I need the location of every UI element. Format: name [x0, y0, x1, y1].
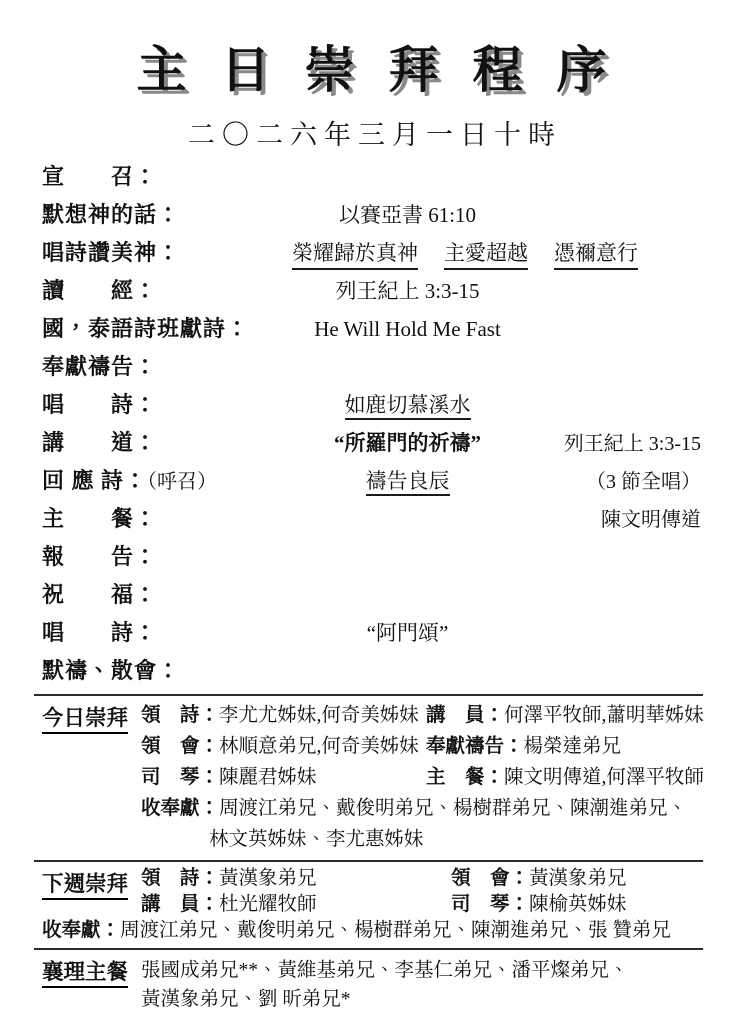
today-speaker: 講 員：何澤平牧師,蕭明華姊妹: [426, 700, 704, 731]
worship-bulletin-page: 主日崇拜程序 二〇二六年三月一日十時 宣 召： 默想神的話： 以賽亞書 61:1…: [0, 0, 729, 1024]
communion-assistants-label: 襄理主餐: [42, 950, 141, 986]
announcements-label: 報 告：: [42, 540, 292, 571]
row-scripture-reading: 讀 經： 列王紀上 3:3-15: [42, 274, 701, 312]
next-week-section-label: 下週崇拜: [42, 862, 141, 898]
roster-row: 領 詩：黃漢象弟兄 領 會：黃漢象弟兄: [141, 866, 701, 892]
closing-hymn-label: 唱 詩：: [42, 616, 292, 647]
response-verses-note: （3 節全唱）: [523, 465, 701, 494]
next-week-pianist: 司 琴：陳榆英姊妹: [451, 892, 701, 918]
today-lead-singer: 領 詩：李尤尤姊妹,何奇美姊妹: [141, 700, 426, 731]
song-title: 主愛超越: [444, 237, 528, 270]
row-meditation: 默想神的話： 以賽亞書 61:10: [42, 198, 701, 236]
hymn-label: 唱 詩：: [42, 388, 292, 419]
sermon-scripture: 列王紀上 3:3-15: [523, 427, 701, 456]
scripture-reference: 列王紀上 3:3-15: [292, 275, 523, 305]
sermon-label: 講 道：: [42, 426, 292, 457]
assistants-line: 張國成弟兄**、黃維基弟兄、李基仁弟兄、潘平燦弟兄、: [141, 956, 701, 985]
closing-hymn-title: “阿門頌”: [292, 617, 523, 647]
communion-assistants-list: 張國成弟兄**、黃維基弟兄、李基仁弟兄、潘平燦弟兄、 黃漢象弟兄、劉 昕弟兄*: [141, 950, 701, 1014]
today-communion-servers: 主 餐：陳文明傳道,何澤平牧師: [426, 762, 704, 793]
row-dismissal: 默禱、散會：: [42, 654, 701, 692]
next-week-presider: 領 會：黃漢象弟兄: [451, 866, 701, 892]
row-offering-prayer: 奉獻禱告：: [42, 350, 701, 388]
choir-label: 國，泰語詩班獻詩：: [42, 312, 292, 343]
today-offering-prayer: 奉獻禱告：楊榮達弟兄: [426, 731, 704, 762]
call-to-worship-label: 宣 召：: [42, 160, 292, 191]
response-note: （呼召）: [147, 471, 217, 493]
response-song-title: 禱告良辰: [292, 465, 523, 495]
praise-label: 唱詩讚美神：: [42, 236, 292, 267]
row-benediction: 祝 福：: [42, 578, 701, 616]
row-call-to-worship: 宣 召：: [42, 160, 701, 198]
next-week-speaker: 講 員：杜光耀牧師: [141, 892, 451, 918]
row-choir-anthem: 國，泰語詩班獻詩： He Will Hold Me Fast: [42, 312, 701, 350]
meditation-label: 默想神的話：: [42, 198, 292, 229]
row-sermon: 講 道： “所羅門的祈禱” 列王紀上 3:3-15: [42, 426, 701, 464]
benediction-label: 祝 福：: [42, 578, 292, 609]
next-week-lead-singer: 領 詩：黃漢象弟兄: [141, 866, 451, 892]
roster-row: 領 詩：李尤尤姊妹,何奇美姊妹 講 員：何澤平牧師,蕭明華姊妹: [141, 700, 704, 731]
response-hymn-label: 回 應 詩：（呼召）: [42, 464, 292, 495]
roster-row: 領 會：林順意弟兄,何奇美姊妹 奉獻禱告：楊榮達弟兄: [141, 731, 704, 762]
today-offering-collectors: 收奉獻：周渡江弟兄、戴俊明弟兄、楊樹群弟兄、陳潮進弟兄、: [141, 793, 704, 824]
dismissal-label: 默禱、散會：: [42, 654, 292, 685]
offering-prayer-label: 奉獻禱告：: [42, 350, 292, 381]
order-of-service: 宣 召： 默想神的話： 以賽亞書 61:10 唱詩讚美神： 榮耀歸於真神 主愛超…: [42, 160, 701, 692]
page-title: 主日崇拜程序: [42, 38, 701, 102]
today-roster: 領 詩：李尤尤姊妹,何奇美姊妹 講 員：何澤平牧師,蕭明華姊妹 領 會：林順意弟…: [141, 696, 704, 857]
service-datetime: 二〇二六年三月一日十時: [42, 118, 701, 152]
communion-label: 主 餐：: [42, 502, 292, 533]
roster-row: 講 員：杜光耀牧師 司 琴：陳榆英姊妹: [141, 892, 701, 918]
next-week-roster: 領 詩：黃漢象弟兄 領 會：黃漢象弟兄 講 員：杜光耀牧師 司 琴：陳榆英姊妹: [141, 862, 701, 918]
hymn-title: 如鹿切慕溪水: [292, 389, 523, 419]
row-hymn: 唱 詩： 如鹿切慕溪水: [42, 388, 701, 426]
meditation-scripture: 以賽亞書 61:10: [292, 199, 523, 229]
communion-assistants-section: 襄理主餐 張國成弟兄**、黃維基弟兄、李基仁弟兄、潘平燦弟兄、 黃漢象弟兄、劉 …: [34, 948, 703, 1024]
next-week-section: 下週崇拜 領 詩：黃漢象弟兄 領 會：黃漢象弟兄 講 員：杜光耀牧師 司 琴：陳…: [34, 860, 703, 948]
sermon-title: “所羅門的祈禱”: [292, 427, 523, 457]
row-praise-songs: 唱詩讚美神： 榮耀歸於真神 主愛超越 憑禰意行: [42, 236, 701, 274]
today-service-section: 今日崇拜 領 詩：李尤尤姊妹,何奇美姊妹 講 員：何澤平牧師,蕭明華姊妹 領 會…: [34, 694, 703, 860]
song-title: 榮耀歸於真神: [292, 237, 418, 270]
praise-song-list: 榮耀歸於真神 主愛超越 憑禰意行: [292, 237, 701, 270]
row-communion: 主 餐： 陳文明傳道: [42, 502, 701, 540]
today-section-label: 今日崇拜: [42, 696, 141, 732]
row-closing-hymn: 唱 詩： “阿門頌”: [42, 616, 701, 654]
choir-song-title: He Will Hold Me Fast: [292, 317, 523, 342]
assistants-line: 黃漢象弟兄、劉 昕弟兄*: [141, 985, 701, 1014]
next-week-offering-collectors: 收奉獻：周渡江弟兄、戴俊明弟兄、楊樹群弟兄、陳潮進弟兄、張 贊弟兄: [42, 918, 701, 947]
today-pianist: 司 琴：陳麗君姊妹: [141, 762, 426, 793]
row-announcements: 報 告：: [42, 540, 701, 578]
scripture-label: 讀 經：: [42, 274, 292, 305]
today-offering-collectors-cont: 林文英姊妹、李尤惠姊妹: [141, 824, 704, 855]
song-title: 憑禰意行: [554, 237, 638, 270]
today-presider: 領 會：林順意弟兄,何奇美姊妹: [141, 731, 426, 762]
roster-row: 司 琴：陳麗君姊妹 主 餐：陳文明傳道,何澤平牧師: [141, 762, 704, 793]
row-response-hymn: 回 應 詩：（呼召） 禱告良辰 （3 節全唱）: [42, 464, 701, 502]
communion-minister: 陳文明傳道: [523, 503, 701, 532]
